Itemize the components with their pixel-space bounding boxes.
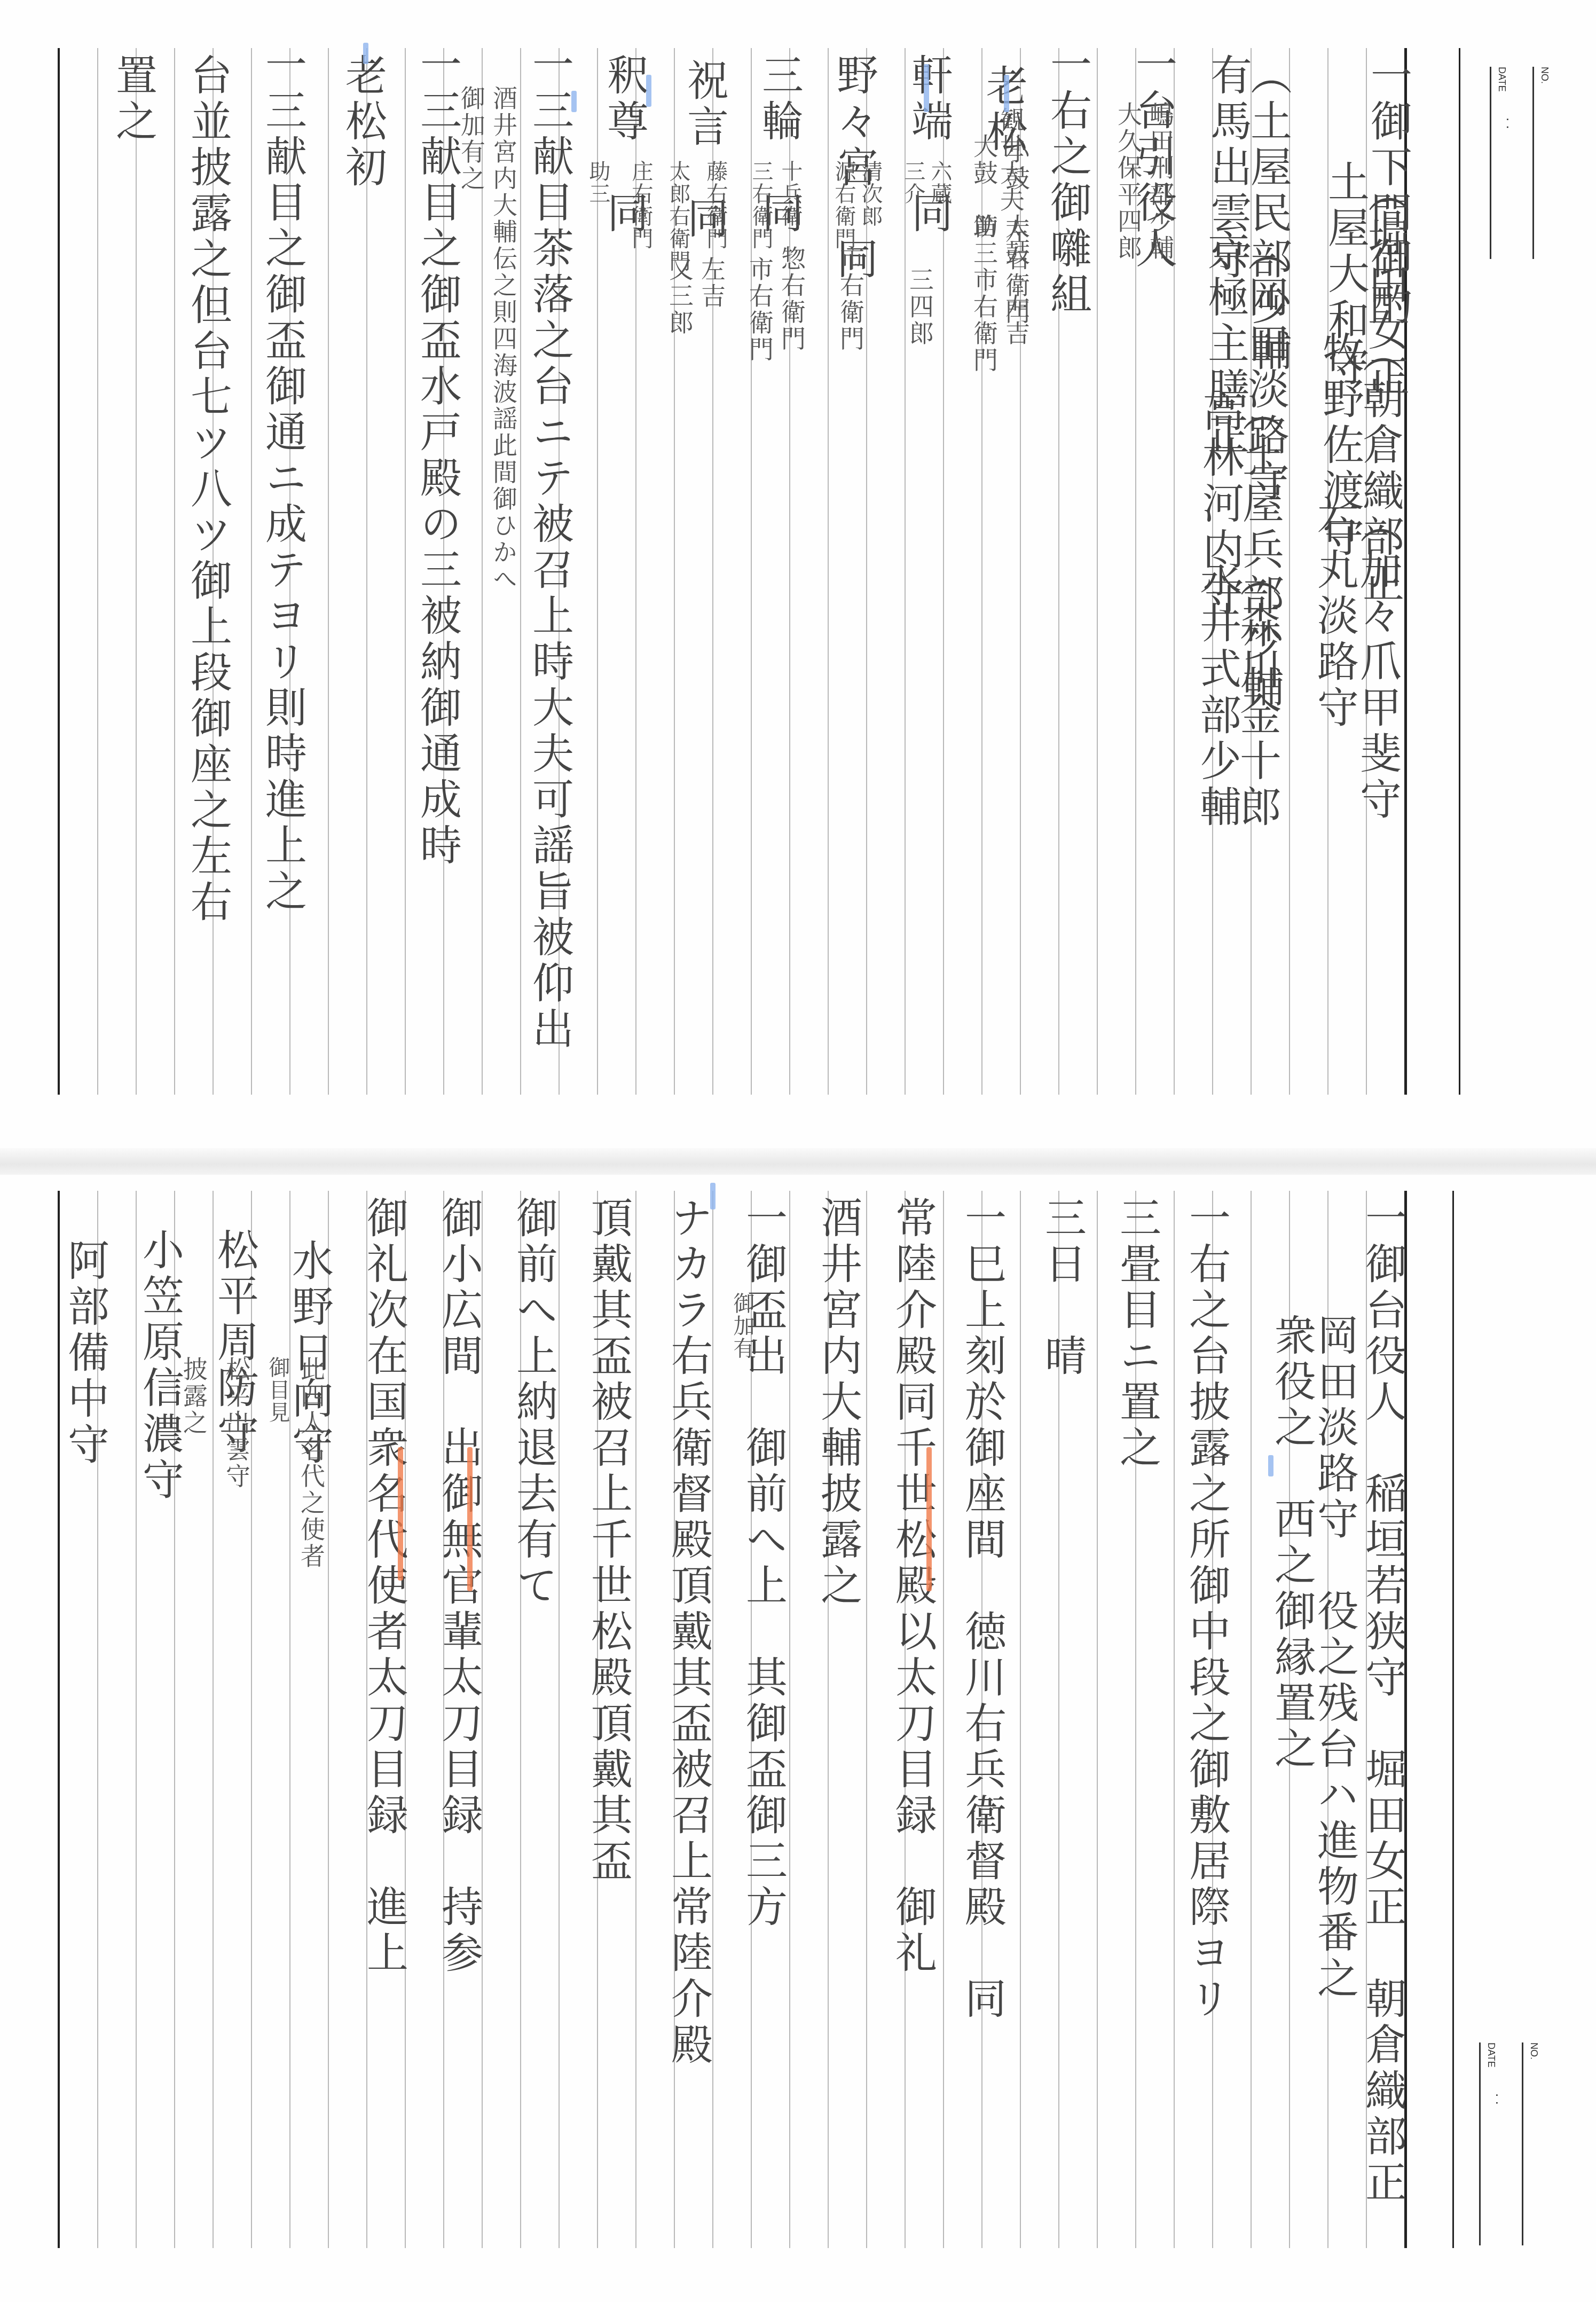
text-column: 一御台役人 稲垣若狭守 堀田女正 朝倉織部正 [1362, 1196, 1403, 2206]
text-column: 小笠原信濃守 [139, 1228, 180, 1504]
blue-pencil-mark [571, 91, 577, 112]
text-column: 衆役之 西之御縁置之 [1271, 1314, 1312, 1773]
text-column: 置之 [112, 53, 154, 145]
text-column: ナカラ右兵衛督殿頂戴其盃被召上常陸介殿 [667, 1196, 709, 2069]
text-column: 左吉 [699, 256, 724, 310]
notebook-page-bottom: NO. DATE . . 一御台役人 稲垣若狭守 堀田女正 朝倉織部正岡田淡路守… [0, 1175, 1596, 2302]
no-underline[interactable] [1522, 2042, 1523, 2245]
notebook-page-top: NO. DATE . . 一御下間御酌（堀田女正土屋大和守（朝倉織部正牧野佐渡守… [0, 0, 1596, 1153]
right-margin-line-outer [1452, 1191, 1454, 2248]
blue-pencil-mark [924, 64, 929, 112]
blue-pencil-mark [1004, 75, 1009, 112]
blue-pencil-mark [1268, 1455, 1273, 1476]
blue-pencil-mark [646, 75, 651, 107]
text-column: 三畳目ニ置之 [1116, 1196, 1158, 1472]
text-column: 御前へ上納退去有て [513, 1196, 554, 1609]
text-column: （森川金十郎 [1236, 555, 1278, 831]
text-column: 清次郎 [860, 160, 881, 227]
red-pencil-mark [467, 1447, 473, 1591]
text-column: 藤右衛門 [705, 160, 726, 250]
text-column: 永井式部少輔 [1196, 555, 1238, 831]
text-column: 阿部備中守 [64, 1239, 106, 1468]
text-column: 一右之御囃組 [1047, 43, 1088, 318]
text-column: 三日 晴 [1041, 1196, 1083, 1380]
text-column: 一三献目之御盃水戸殿の三被納御通成時 [416, 43, 458, 869]
text-column: 三右衛門 [750, 160, 772, 250]
text-column: 岡田淡路守 役之残台ハ進物番之 [1314, 1314, 1355, 2002]
text-column: 酒井宮内大輔披露之 [817, 1196, 859, 1609]
red-pencil-mark [398, 1447, 403, 1581]
date-separators: . . [1503, 117, 1520, 129]
text-column: 市右衛門 [838, 246, 863, 352]
text-column: 惣右衛門 [780, 246, 804, 352]
left-margin-line [58, 48, 60, 1095]
text-column: 三四郎 [908, 267, 932, 347]
text-column: 一右之台披露之所御中段之御敷居際ヨリ [1185, 1196, 1227, 2023]
text-column: 御礼次在国衆名代使者太刀目録 進上 [363, 1196, 405, 1977]
text-column: 御加有 [732, 1292, 753, 1360]
text-column: 庄右衛門 [630, 160, 651, 250]
text-column: 一三献目茶落之台ニテ被召上時大夫可謡旨被仰出 [529, 43, 570, 1053]
blue-pencil-mark [710, 1183, 716, 1209]
text-column: 此四人名代之使者 [299, 1356, 324, 1570]
text-column: 老松初 [342, 53, 383, 191]
text-column: 御加有之 [459, 85, 484, 192]
text-column: 台並披露之但台七ツ八ツ御上段御座之左右 [187, 53, 229, 926]
red-pencil-mark [926, 1447, 932, 1591]
no-underline[interactable] [1532, 67, 1534, 259]
text-column: 酒井宮内大輔伝之則四海波謡此間御ひかへ [491, 85, 516, 593]
text-column: 御小広間 出御無官輩太刀目録 持参 [438, 1196, 479, 1977]
text-column: 六蔵 [929, 160, 950, 205]
text-column: 市右衛門 [748, 256, 772, 363]
text-column: 又三郎 [667, 256, 692, 336]
text-column: 源右衛門 [833, 160, 854, 250]
text-column: 一巳上刻於御座間 徳川右兵衛督殿 同 [961, 1196, 1003, 2023]
text-column: 頂戴其盃被召上千世松殿頂戴其盃 [587, 1196, 629, 1885]
text-column: 十兵衛 [780, 160, 801, 227]
text-column: 太鼓 左吉 [1004, 214, 1028, 347]
date-underline[interactable] [1479, 2042, 1481, 2245]
date-separators: . . [1492, 2093, 1509, 2105]
text-column: 披露之 [182, 1356, 206, 1436]
text-column: 松平出雲守 [224, 1356, 249, 1490]
text-column: 笛 市右衛門 [972, 214, 996, 374]
text-column: 石丸淡路守 [1314, 502, 1355, 732]
text-column: 太郎右衛門 [667, 160, 689, 272]
date-label: DATE [1485, 2042, 1497, 2068]
blue-pencil-mark [363, 43, 368, 64]
text-column: 三介 [902, 160, 924, 205]
date-underline[interactable] [1490, 67, 1491, 259]
text-column: 大久保平四郎 [1116, 101, 1141, 262]
text-column: （加々爪甲斐守 [1356, 502, 1398, 823]
no-label: NO. [1539, 67, 1550, 84]
no-label: NO. [1528, 2042, 1539, 2060]
text-column: 助三 [587, 160, 609, 205]
date-label: DATE [1496, 67, 1507, 92]
text-column: 御目見 [267, 1356, 288, 1424]
text-column: 嶋田刑部少輔 [1148, 101, 1173, 262]
text-column: 一三献目之御盃御通ニ成テヨリ則時進上之 [262, 43, 303, 915]
left-margin-line [58, 1191, 60, 2248]
right-margin-line-outer [1459, 48, 1460, 1095]
